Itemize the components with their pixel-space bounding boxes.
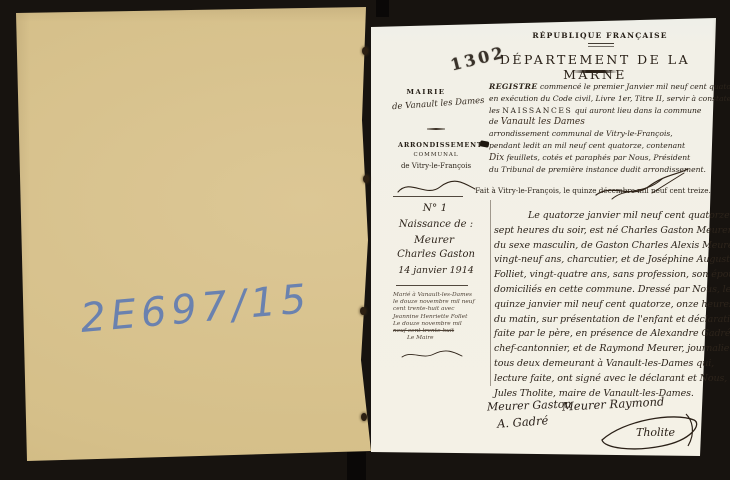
registry-scan: 2E697/15 1302 RÉPUBLIQUE FRANÇAISE DÉPAR… (0, 0, 730, 480)
act-line: Folliet, vingt-quatre ans, sans professi… (494, 269, 716, 284)
republic-title: RÉPUBLIQUE FRANÇAISE (500, 31, 700, 40)
registre-word: REGISTRE (489, 82, 538, 91)
arrondissement-name: de Vitry-le-François (398, 162, 474, 170)
register-line-text: de (489, 117, 501, 126)
register-line: en exécution du Code civil, Livre 1er, T… (489, 94, 717, 106)
binding-hole (362, 47, 368, 55)
department-rule (572, 70, 618, 73)
act-line: quinze janvier mil neuf cent quatorze, o… (494, 299, 716, 314)
communal-label: COMMUNAL (398, 152, 474, 158)
register-line-text: les (489, 106, 502, 115)
book-cradle-top (376, 0, 389, 17)
arrondissement-label: ARRONDISSEMENT (398, 141, 474, 149)
act-surname: Meurer (404, 234, 464, 246)
margin-rule-bottom (396, 285, 468, 286)
act-line: chef-cantonnier, et de Raymond Meurer, j… (494, 343, 716, 358)
president-signature-flourish (592, 165, 692, 203)
note-line-struck: neuf cent trente-huit (393, 328, 489, 335)
note-line: le douze novembre mil neuf (393, 299, 489, 306)
register-line: de Vanault les Dames (489, 117, 717, 129)
divider-dash (427, 128, 445, 130)
note-line: cent trente-huit avec (393, 306, 489, 313)
register-line-text: commencé le premier Janvier mil neuf cen… (538, 82, 730, 91)
act-line: vingt-neuf ans, charcutier, et de Joséph… (494, 254, 716, 269)
note-line: Le douze novembre mil (393, 321, 489, 328)
binding-hole (363, 175, 369, 183)
book-cradle-bottom (347, 452, 366, 480)
birth-act-body: Le quatorze janvier mil neuf cent quator… (494, 210, 716, 402)
commune-fill-in: Vanault les Dames (501, 117, 585, 127)
act-line: Le quatorze janvier mil neuf cent quator… (494, 210, 716, 225)
republic-rule (588, 43, 614, 47)
margin-separator-line (490, 200, 491, 386)
act-date: 14 janvier 1914 (394, 265, 478, 276)
act-type: Naissance de : (392, 219, 480, 230)
register-line: REGISTRE commencé le premier Janvier mil… (489, 82, 717, 94)
act-number: N° 1 (400, 202, 470, 214)
act-line: lecture faite, ont signé avec le déclara… (494, 373, 716, 388)
binding-hole (361, 413, 367, 421)
act-line: sept heures du soir, est né Charles Gast… (494, 225, 716, 240)
mairie-label: MAIRIE (398, 88, 454, 96)
marriage-margin-note: Marié à Vanault-les-Dames le douze novem… (393, 292, 489, 342)
register-line: arrondissement communal de Vitry-le-Fran… (489, 129, 717, 141)
act-line: du matin, sur présentation de l'enfant e… (494, 314, 716, 329)
register-line: pendant ledit an mil neuf cent quatorze,… (489, 141, 717, 153)
ink-smudge (480, 140, 490, 147)
sheet-count-fill-in: Dix (489, 153, 504, 163)
register-line-text: feuillets, cotés et paraphés par Nous, P… (504, 153, 690, 162)
margin-note-signature-flourish (400, 348, 464, 362)
note-line: Le Maire (393, 335, 489, 342)
act-given-names: Charles Gaston (392, 249, 480, 260)
note-line: Jeannine Henriette Follet (393, 314, 489, 321)
department-title: DÉPARTEMENT DE LA MARNE (470, 52, 720, 82)
act-line: du sexe masculin, de Gaston Charles Alex… (494, 240, 716, 255)
register-opening-paragraph: REGISTRE commencé le premier Janvier mil… (489, 82, 717, 176)
act-line: faite par le père, en présence de Alexan… (494, 328, 716, 343)
act-line: tous deux demeurant à Vanault-les-Dames … (494, 358, 716, 373)
mayor-signature-flourish: Tholite (596, 406, 704, 454)
act-line: domiciliés en cette commune. Dressé par … (494, 284, 716, 299)
margin-rule-top (393, 196, 463, 197)
note-line: Marié à Vanault-les-Dames (393, 292, 489, 299)
register-line: Dix feuillets, cotés et paraphés par Nou… (489, 153, 717, 165)
mayor-signature-name: Tholite (636, 426, 676, 439)
naissances-word: NAISSANCES (502, 106, 572, 115)
binding-hole (360, 307, 366, 315)
register-line-text: qui auront lieu dans la commune (572, 106, 701, 115)
register-line: les NAISSANCES qui auront lieu dans la c… (489, 106, 717, 118)
